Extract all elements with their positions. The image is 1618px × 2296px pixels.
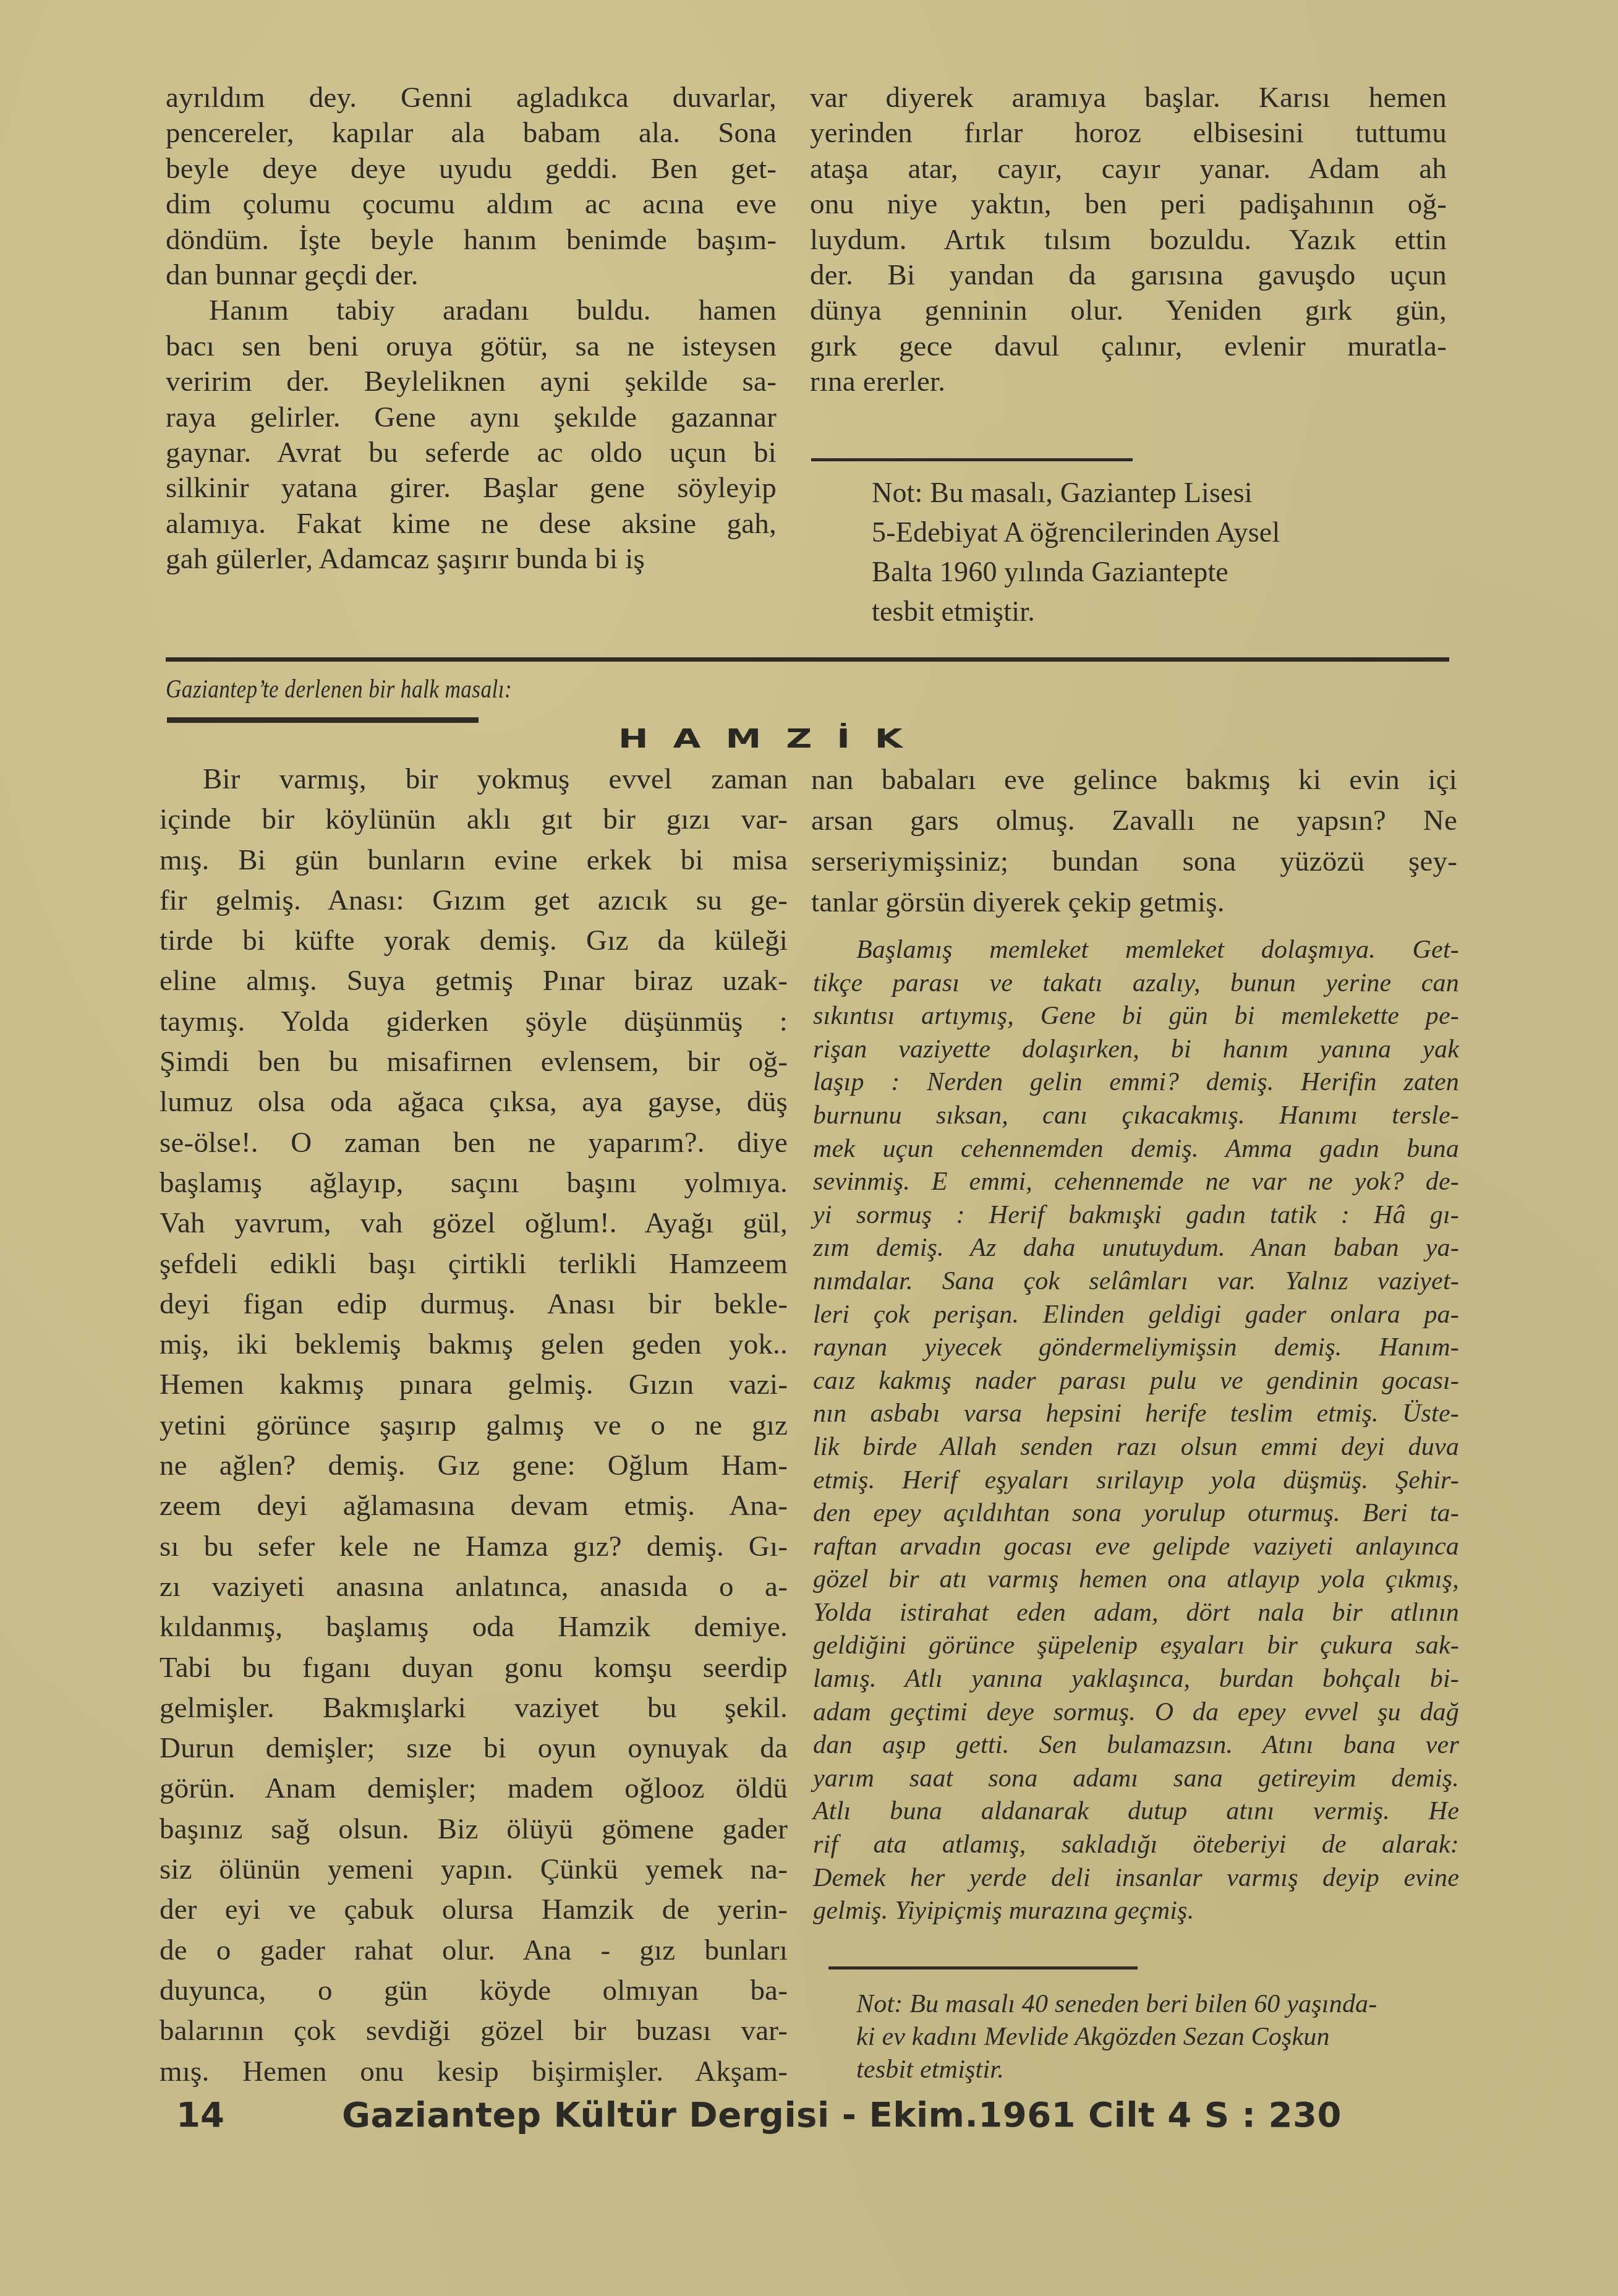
text-line: nımdalar. Sana çok selâmları var. Yalnız… xyxy=(813,1265,1459,1299)
text-line: dünya genninin olur. Yeniden gırk gün, xyxy=(810,293,1447,328)
text-line: geldiğini görünce şüpelenip eşyaları bir… xyxy=(813,1629,1459,1663)
text-line: laşıp : Nerden gelin emmi? demiş. Herifi… xyxy=(813,1066,1459,1099)
text-line: gaynar. Avrat bu seferde ac oldo uçun bi xyxy=(166,435,777,471)
text-line: nın asbabı varsa hepsini herife teslim e… xyxy=(813,1398,1459,1431)
text-line: eline almış. Suya getmiş Pınar biraz uza… xyxy=(160,961,788,1001)
text-line: zeem deyi ağlamasına devam etmiş. Ana- xyxy=(160,1486,788,1526)
story-right-column-top: nan babaları eve gelince bakmış ki evin … xyxy=(811,759,1457,923)
text-line: sevinmiş. E emmi, cehennemde ne var ne y… xyxy=(813,1166,1459,1199)
text-line: Durun demişler; sıze bi oyun oynuyak da xyxy=(160,1728,788,1769)
text-line: bacı sen beni oruya götür, sa ne isteyse… xyxy=(166,329,777,364)
text-line: dan aşıp getti. Sen bulamazsın. Atını ba… xyxy=(813,1729,1459,1762)
text-line: mış. Bi gün bunların evine erkek bi misa xyxy=(160,840,788,881)
journal-citation: Gaziantep Kültür Dergisi - Ekim.1961 Cil… xyxy=(342,2095,1342,2135)
short-divider-top xyxy=(811,458,1133,461)
text-line: gah gülerler, Adamcaz şaşırır bunda bi i… xyxy=(166,542,777,577)
text-line: Başlamış memleket memleket dolaşmıya. Ge… xyxy=(813,934,1459,967)
text-line: Not: Bu masalı 40 seneden beri bilen 60 … xyxy=(856,1988,1437,2021)
text-line: adam geçtimi deye sormuş. O da epey evve… xyxy=(813,1696,1459,1730)
text-line: kıldanmış, başlamış oda Hamzik demiye. xyxy=(160,1607,788,1647)
text-line: rına ererler. xyxy=(810,364,1447,399)
text-line: nan babaları eve gelince bakmış ki evin … xyxy=(811,759,1457,800)
text-line: onu niye yaktın, ben peri padişahının oğ… xyxy=(810,187,1447,222)
story-right-column-italic: Başlamış memleket memleket dolaşmıya. Ge… xyxy=(813,934,1459,1928)
text-line: duyunca, o gün köyde olmıyan ba- xyxy=(160,1971,788,2011)
text-line: ataşa atar, cayır, cayır yanar. Adam ah xyxy=(810,152,1447,187)
previous-story-note: Not: Bu masalı, Gaziantep Lisesi5-Edebiy… xyxy=(872,473,1428,631)
text-line: döndüm. İşte beyle hanım benimde başım- xyxy=(166,223,777,258)
text-line: zı vaziyeti anasına anlatınca, anasıda o… xyxy=(160,1567,788,1607)
text-line: den epey açıldıhtan sona yorulup oturmuş… xyxy=(813,1497,1459,1530)
text-line: raya gelirler. Gene aynı şekılde gazanna… xyxy=(166,400,777,435)
text-line: tanlar görsün diyerek çekip getmiş. xyxy=(811,882,1457,923)
intro-underline xyxy=(167,717,479,723)
text-line: lamış. Atlı yanına yaklaşınca, burdan bo… xyxy=(813,1663,1459,1696)
text-line: ayrıldım dey. Genni agladıkca duvarlar, xyxy=(166,80,777,116)
text-line: Şimdi ben bu misafirnen evlensem, bir oğ… xyxy=(160,1042,788,1082)
text-line: yerinden fırlar horoz elbisesini tuttumu xyxy=(810,116,1447,151)
text-line: başlamış ağlayıp, saçını başını yolmıya. xyxy=(160,1163,788,1203)
text-line: Demek her yerde deli insanlar varmış dey… xyxy=(813,1862,1459,1895)
text-line: dan bunnar geçdi der. xyxy=(166,258,777,293)
text-line: Tabi bu fıganı duyan gonu komşu seerdip xyxy=(160,1648,788,1688)
text-line: ki ev kadını Mevlide Akgözden Sezan Coşk… xyxy=(856,2021,1437,2054)
text-line: tesbit etmiştir. xyxy=(872,592,1428,631)
text-line: Bir varmış, bir yokmuş evvel zaman xyxy=(160,759,788,800)
text-line: rif ata atlamış, sakladığı öteberiyi de … xyxy=(813,1829,1459,1862)
text-line: lik birde Allah senden razı olsun emmi d… xyxy=(813,1431,1459,1464)
story-note: Not: Bu masalı 40 seneden beri bilen 60 … xyxy=(856,1988,1437,2086)
text-line: gelmişler. Bakmışlarki vaziyet bu şekil. xyxy=(160,1688,788,1728)
text-line: Hanım tabiy aradanı buldu. hamen xyxy=(166,293,777,328)
text-line: yetini görünce şaşırıp galmış ve o ne gı… xyxy=(160,1406,788,1446)
story-intro-label: Gaziantep’te derlenen bir halk masalı: xyxy=(166,674,512,704)
text-line: Not: Bu masalı, Gaziantep Lisesi xyxy=(872,473,1428,513)
short-divider-bottom xyxy=(828,1966,1138,1970)
text-line: taymış. Yolda giderken şöyle düşünmüş : xyxy=(160,1002,788,1042)
text-line: arsan gars olmuş. Zavallı ne yapsın? Ne xyxy=(811,800,1457,841)
text-line: lumuz olsa oda ağaca çıksa, aya gayse, d… xyxy=(160,1082,788,1122)
text-line: yarım saat sona adamı sana getireyim dem… xyxy=(813,1762,1459,1796)
text-line: gelmiş. Yiyipiçmiş murazına geçmiş. xyxy=(813,1895,1459,1928)
text-line: gözel bir atı varmış hemen ona atlayıp y… xyxy=(813,1563,1459,1597)
text-line: se-ölse!. O zaman ben ne yaparım?. diye xyxy=(160,1123,788,1163)
page-number: 14 xyxy=(176,2095,342,2135)
text-line: gırk gece davul çalınır, evlenir muratla… xyxy=(810,329,1447,364)
text-line: Atlı buna aldanarak dutup atını vermiş. … xyxy=(813,1795,1459,1829)
text-line: deyi figan edip durmuş. Anası bir bekle- xyxy=(160,1284,788,1325)
text-line: de o gader rahat olur. Ana - gız bunları xyxy=(160,1931,788,1971)
text-line: veririm der. Beyleliknen ayni şekilde sa… xyxy=(166,364,777,399)
text-line: siz ölünün yemeni yapın. Çünkü yemek na- xyxy=(160,1850,788,1890)
text-line: balarının çok sevdiği gözel bir buzası v… xyxy=(160,2011,788,2051)
text-line: Yolda istirahat eden adam, dört nala bir… xyxy=(813,1597,1459,1630)
text-line: serseriymişsiniz; bundan sona yüzözü şey… xyxy=(811,841,1457,882)
text-line: tikçe parası ve takatı azalıy, bunun yer… xyxy=(813,967,1459,1001)
text-line: var diyerek aramıya başlar. Karısı hemen xyxy=(810,80,1447,116)
text-line: miş, iki beklemiş bakmış gelen geden yok… xyxy=(160,1325,788,1365)
text-line: pencereler, kapılar ala babam ala. Sona xyxy=(166,116,777,151)
text-line: raftan arvadın gocası eve gelipde vaziye… xyxy=(813,1530,1459,1564)
text-line: sıkıntısı artıymış, Gene bi gün bi memle… xyxy=(813,1000,1459,1033)
text-line: ne ağlen? demiş. Gız gene: Oğlum Ham- xyxy=(160,1446,788,1486)
text-line: içinde bir köylünün aklı gıt bir gızı va… xyxy=(160,800,788,840)
text-line: Vah yavrum, vah gözel oğlum!. Ayağı gül, xyxy=(160,1203,788,1244)
text-line: Balta 1960 yılında Gaziantepte xyxy=(872,552,1428,592)
text-line: rişan vaziyette dolaşırken, bi hanım yan… xyxy=(813,1033,1459,1067)
text-line: mek uçun cehennemden demiş. Amma gadın b… xyxy=(813,1133,1459,1166)
previous-story-left-column: ayrıldım dey. Genni agladıkca duvarlar,p… xyxy=(166,80,777,578)
text-line: tesbit etmiştir. xyxy=(856,2054,1437,2086)
text-line: raynan yiyecek göndermeliymişsin demiş. … xyxy=(813,1331,1459,1365)
text-line: tirde bi küfte yorak demiş. Gız da küleğ… xyxy=(160,921,788,961)
text-line: der. Bi yandan da garısına gavuşdo uçun xyxy=(810,258,1447,293)
text-line: 5-Edebiyat A öğrencilerinden Aysel xyxy=(872,513,1428,552)
text-line: mış. Hemen onu kesip bişirmişler. Akşam- xyxy=(160,2052,788,2092)
text-line: sı bu sefer kele ne Hamza gız? demiş. Gı… xyxy=(160,1527,788,1567)
text-line: burnunu sıksan, canı çıkacakmış. Hanımı … xyxy=(813,1099,1459,1133)
full-width-divider xyxy=(166,657,1449,662)
text-line: zım demiş. Az daha unutuydum. Anan baban… xyxy=(813,1232,1459,1265)
text-line: der eyi ve çabuk olursa Hamzik de yerin- xyxy=(160,1890,788,1930)
text-line: beyle deye deye uyudu geddi. Ben get- xyxy=(166,152,777,187)
text-line: Hemen kakmış pınara gelmiş. Gızın vazi- xyxy=(160,1365,788,1405)
story-title: HAMZİK xyxy=(618,722,927,754)
text-line: silkinir yatana girer. Başlar gene söyle… xyxy=(166,471,777,506)
text-line: görün. Anam demişler; madem oğlooz öldü xyxy=(160,1769,788,1809)
page-footer: 14 Gaziantep Kültür Dergisi - Ekim.1961 … xyxy=(176,2095,1450,2135)
text-line: etmiş. Herif eşyaları sırilayıp yola düş… xyxy=(813,1464,1459,1498)
text-line: şefdeli edikli başı çirtikli terlikli Ha… xyxy=(160,1244,788,1284)
text-line: dim çolumu çocumu aldım ac acına eve xyxy=(166,187,777,222)
text-line: caız kakmış nader parası pulu ve gendini… xyxy=(813,1365,1459,1398)
text-line: luydum. Artık tılsım bozuldu. Yazık etti… xyxy=(810,223,1447,258)
text-line: başınız sağ olsun. Biz ölüyü gömene gade… xyxy=(160,1809,788,1850)
previous-story-right-column: var diyerek aramıya başlar. Karısı hemen… xyxy=(810,80,1447,400)
text-line: yi sormuş : Herif bakmışki gadın tatik :… xyxy=(813,1199,1459,1232)
text-line: fir gelmiş. Anası: Gızım get azıcık su g… xyxy=(160,881,788,921)
text-line: leri çok perişan. Elinden geldigi gader … xyxy=(813,1299,1459,1332)
text-line: alamıya. Fakat kime ne dese aksine gah, xyxy=(166,506,777,542)
story-left-column: Bir varmış, bir yokmuş evvel zamaniçinde… xyxy=(160,759,788,2092)
